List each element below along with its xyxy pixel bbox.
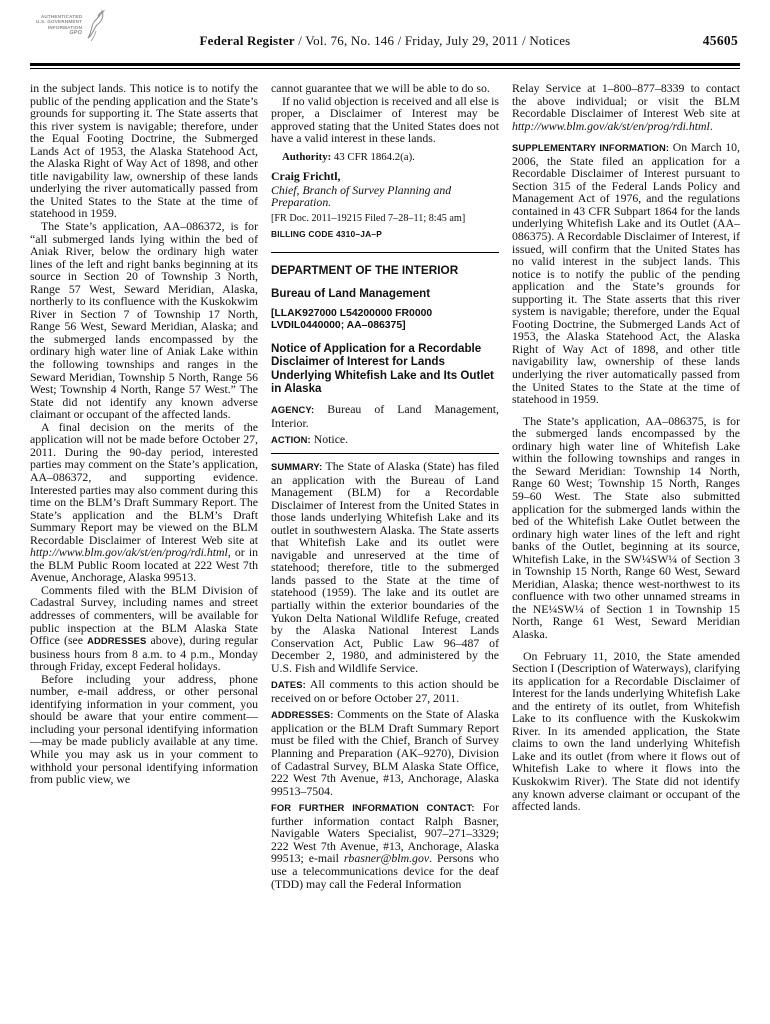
text-run: The State’s application, AA–086372, is f… (30, 219, 258, 421)
paragraph: Relay Service at 1–800–877–8339 to conta… (512, 82, 740, 132)
paragraph: On February 11, 2010, the State amended … (512, 650, 740, 813)
text-run: . (710, 119, 713, 133)
paragraph: SUPPLEMENTARY INFORMATION: On March 10, … (512, 141, 740, 405)
text-run: Notice. (311, 432, 348, 446)
text-run: 43 CFR 1864.2(a). (331, 151, 415, 163)
paragraph: Comments filed with the BLM Division of … (30, 584, 258, 673)
agency-label: AGENCY: (271, 404, 314, 415)
italic-text: http://www.blm.gov/ak/st/en/prog/rdi.htm… (512, 119, 710, 133)
paragraph: If no valid objection is received and al… (271, 95, 499, 145)
paragraph: A final decision on the merits of the ap… (30, 421, 258, 584)
text-run: Before including your address, phone num… (30, 672, 258, 786)
gpo-authenticated-logo: AUTHENTICATED U.S. GOVERNMENT INFORMATIO… (36, 8, 106, 42)
column-3: Relay Service at 1–800–877–8339 to conta… (512, 82, 740, 890)
docket-id-line: [LLAK927000 L54200000 FR0000 LVDIL044000… (271, 308, 499, 332)
header-rule-thick (30, 63, 740, 66)
federal-register-page: AUTHENTICATED U.S. GOVERNMENT INFORMATIO… (0, 0, 770, 1024)
gpo-eagle-icon (84, 8, 106, 42)
dates-label: DATES: (271, 679, 306, 690)
text-run: BILLING CODE 4310–JA–P (271, 229, 382, 239)
gpo-logo-text: AUTHENTICATED U.S. GOVERNMENT INFORMATIO… (36, 14, 82, 37)
text-run: Craig Frichtl, (271, 169, 340, 183)
supplementary-information-label: SUPPLEMENTARY INFORMATION: (512, 142, 669, 153)
page-number: 45605 (703, 33, 738, 49)
paragraph: AGENCY: Bureau of Land Management, Inter… (271, 403, 499, 429)
text-run: Comments on the State of Alaska applicat… (271, 707, 499, 797)
section-divider-rule (271, 252, 499, 253)
text-run: Notice of Application for a Recordable D… (271, 342, 494, 395)
summary-divider-rule (271, 453, 499, 454)
text-run: All comments to this action should be re… (271, 677, 499, 705)
gpo-logo-line: U.S. GOVERNMENT (36, 19, 82, 24)
gpo-logo-sig: GPO (36, 31, 82, 36)
summary-label: SUMMARY: (271, 461, 322, 472)
paragraph: ACTION: Notice. (271, 433, 499, 447)
running-head: Federal Register / Vol. 76, No. 146 / Fr… (30, 0, 740, 49)
text-run: Bureau of Land Management (271, 287, 430, 300)
authority-note: Authority: 43 CFR 1864.2(a). (271, 151, 499, 163)
text-run: If no valid objection is received and al… (271, 94, 499, 146)
text-run: The State of Alaska (State) has filed an… (271, 459, 499, 675)
notice-title: Notice of Application for a Recordable D… (271, 342, 499, 396)
signature-name: Craig Frichtl, (271, 170, 499, 183)
notice-body: in the subject lands. This notice is to … (30, 82, 740, 890)
paragraph: Before including your address, phone num… (30, 673, 258, 786)
paragraph: DATES: All comments to this action shoul… (271, 678, 499, 704)
bureau-heading: Bureau of Land Management (271, 287, 499, 300)
text-run: [FR Doc. 2011–19215 Filed 7–28–11; 8:45 … (271, 213, 465, 224)
column-1: in the subject lands. This notice is to … (30, 82, 258, 890)
issue-info: / Vol. 76, No. 146 / Friday, July 29, 20… (295, 33, 571, 48)
text-run: DEPARTMENT OF THE INTERIOR (271, 263, 458, 277)
header-rule-thin (30, 68, 740, 69)
department-heading: DEPARTMENT OF THE INTERIOR (271, 264, 499, 277)
paragraph: in the subject lands. This notice is to … (30, 82, 258, 220)
billing-code: BILLING CODE 4310–JA–P (271, 229, 499, 239)
text-run: The State’s application, AA–086375, is f… (512, 414, 740, 641)
text-run: On March 10, 2006, the State filed an ap… (512, 140, 740, 406)
paragraph: FOR FURTHER INFORMATION CONTACT: For fur… (271, 801, 499, 890)
text-run: On February 11, 2010, the State amended … (512, 649, 740, 814)
page-header: AUTHENTICATED U.S. GOVERNMENT INFORMATIO… (30, 0, 740, 58)
for-further-information-contact-label: FOR FURTHER INFORMATION CONTACT: (271, 802, 475, 813)
text-run: Relay Service at 1–800–877–8339 to conta… (512, 81, 740, 120)
fr-doc-line: [FR Doc. 2011–19215 Filed 7–28–11; 8:45 … (271, 213, 499, 225)
text-run: Authority: (282, 151, 331, 163)
text-run: A final decision on the merits of the ap… (30, 420, 258, 547)
action-label: ACTION: (271, 434, 311, 445)
paragraph: The State’s application, AA–086375, is f… (512, 415, 740, 641)
column-2: cannot guarantee that we will be able to… (271, 82, 499, 890)
paragraph: ADDRESSES: Comments on the State of Alas… (271, 708, 499, 797)
paragraph: The State’s application, AA–086372, is f… (30, 220, 258, 421)
addresses-label: ADDRESSES (87, 635, 146, 646)
signature-title: Chief, Branch of Survey Planning and Pre… (271, 184, 499, 209)
text-run: in the subject lands. This notice is to … (30, 81, 258, 220)
journal-title: Federal Register (200, 33, 295, 48)
paragraph: SUMMARY: The State of Alaska (State) has… (271, 460, 499, 674)
addresses-label: ADDRESSES: (271, 709, 333, 720)
text-run: [LLAK927000 L54200000 FR0000 LVDIL044000… (271, 308, 432, 331)
text-run: Chief, Branch of Survey Planning and Pre… (271, 183, 451, 210)
